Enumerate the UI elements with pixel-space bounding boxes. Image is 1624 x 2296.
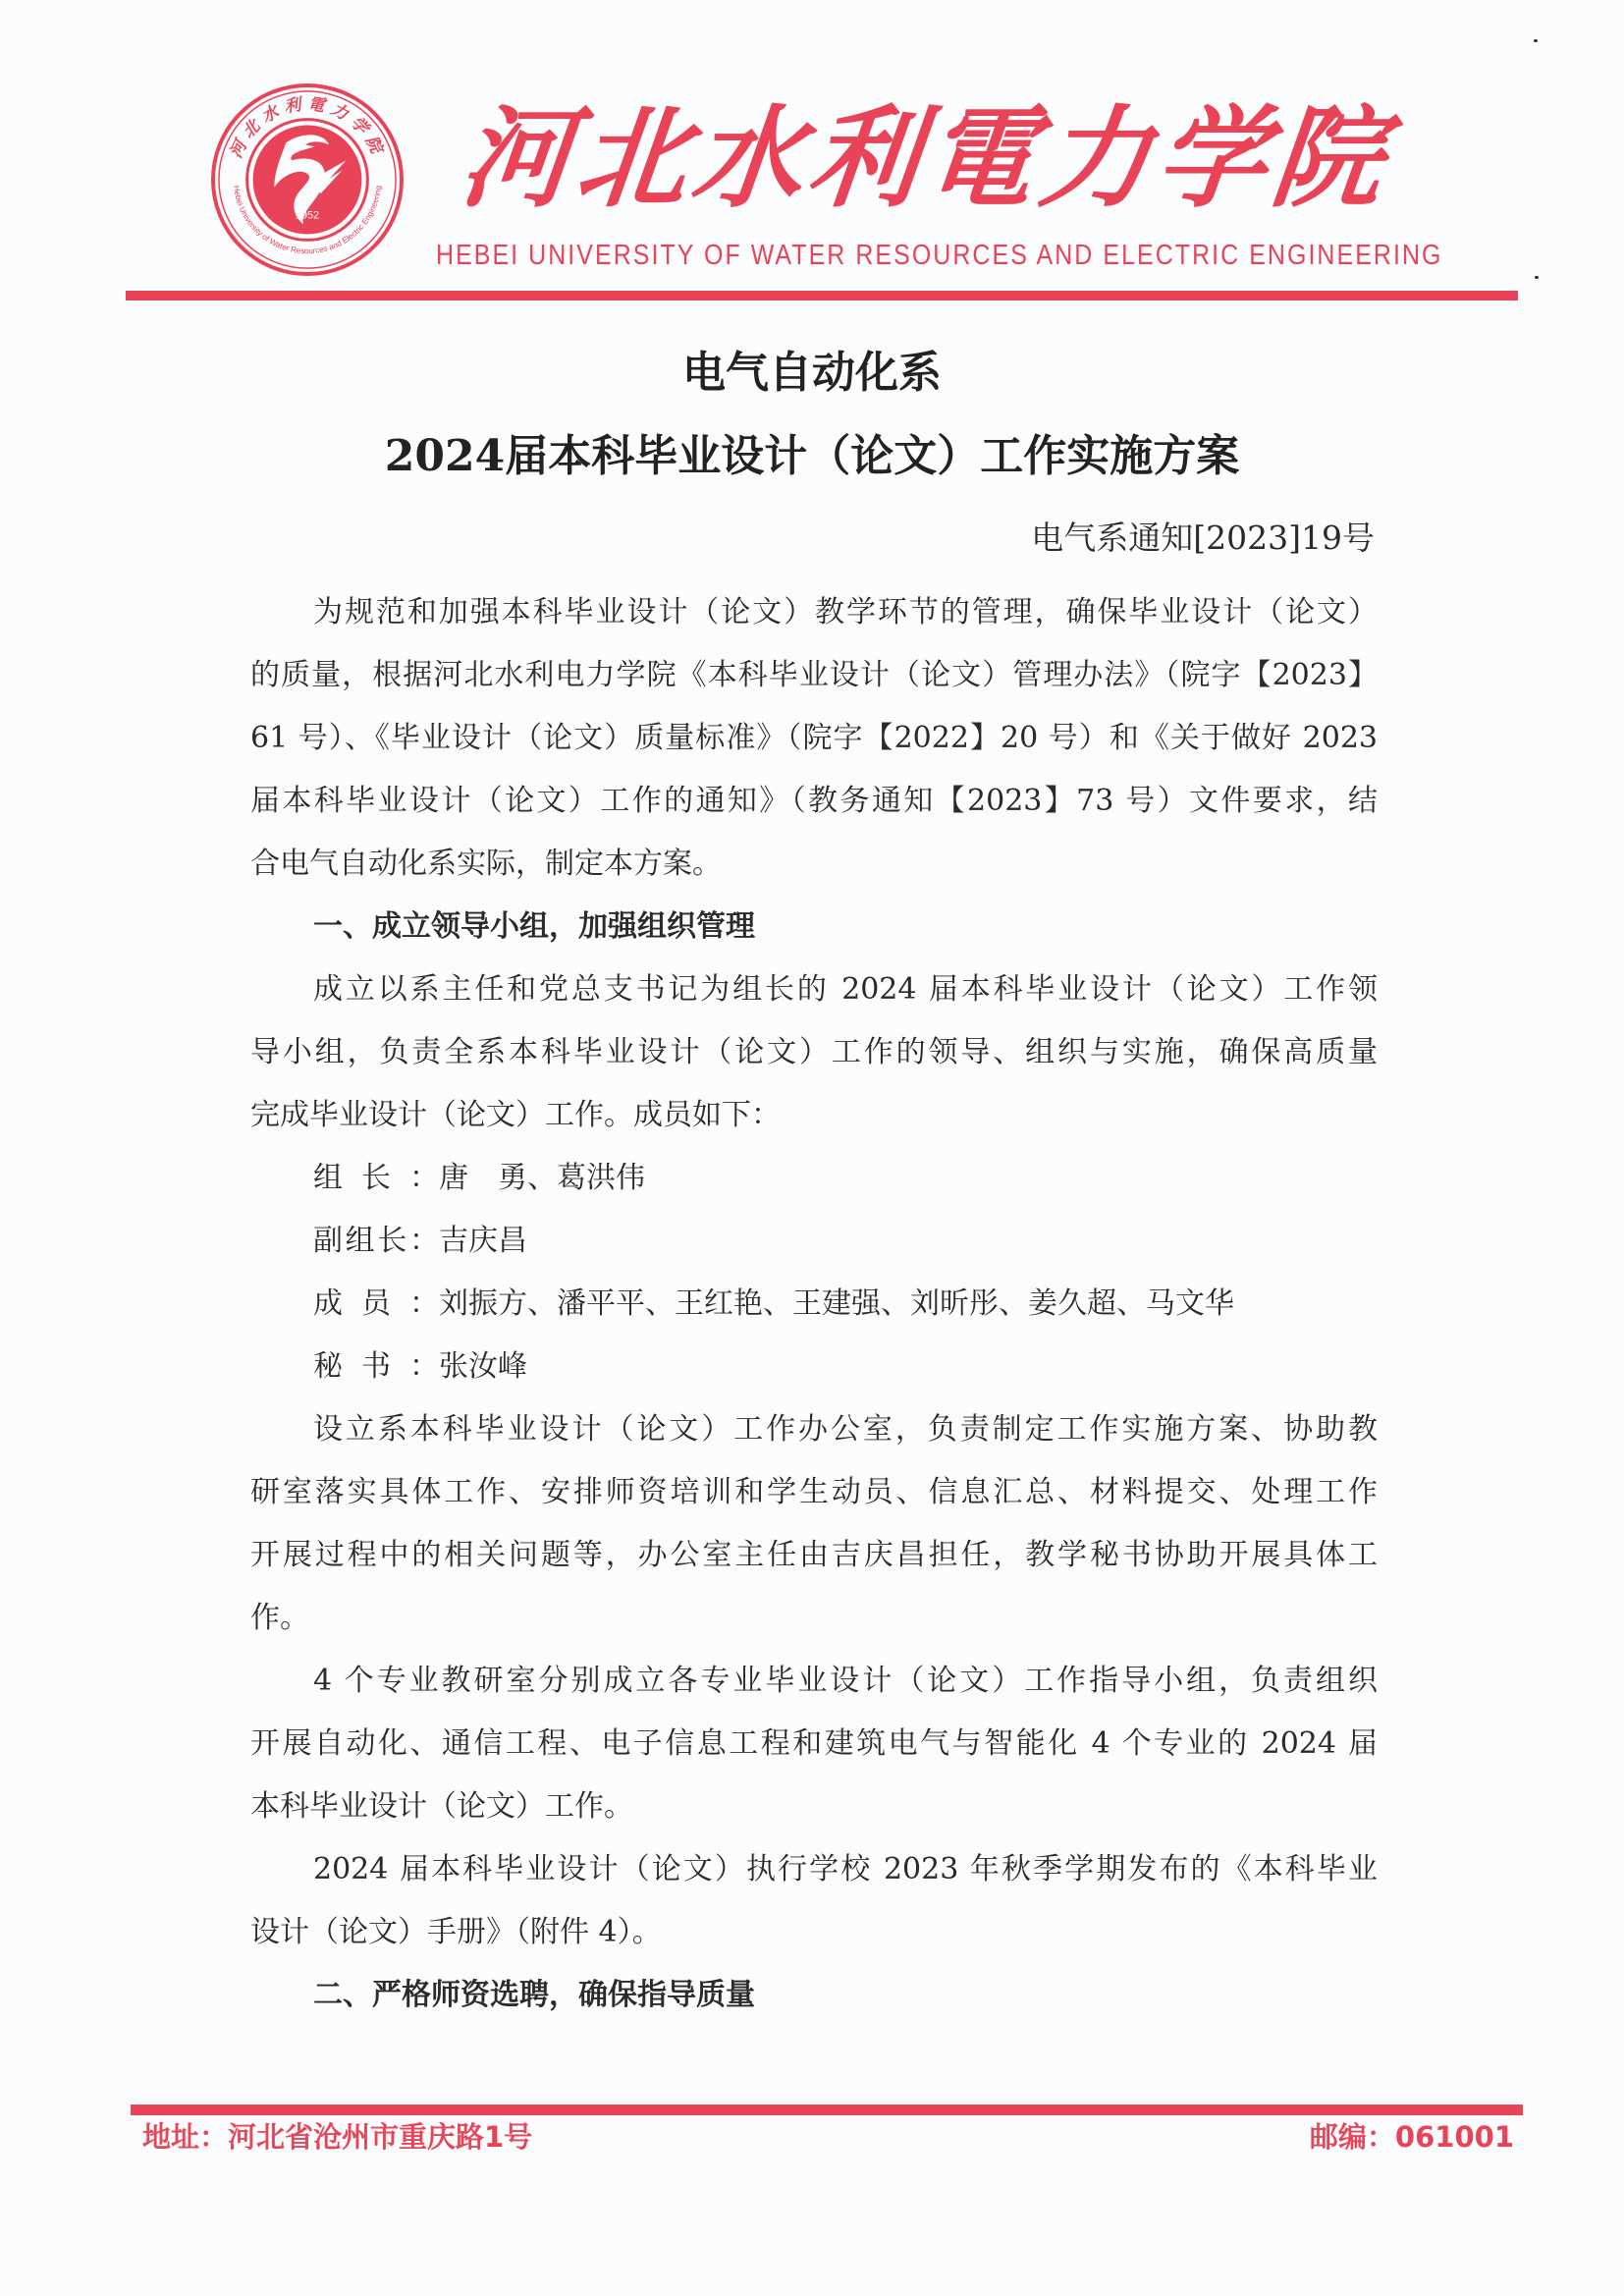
section-heading-2: 二、严格师资选聘，确保指导质量 xyxy=(313,1964,755,2027)
header-divider xyxy=(126,291,1518,301)
text-line: 开展过程中的相关问题等，办公室主任由吉庆昌担任，教学秘书协助开展具体工 xyxy=(250,1524,1378,1587)
footer-address: 地址：河北省沧州市重庆路1号 xyxy=(142,2115,532,2159)
roster-names: 刘振方、潘平平、王红艳、王建强、刘昕彤、姜久超、马文华 xyxy=(439,1286,1234,1321)
scan-speck xyxy=(1534,39,1538,42)
roster-names: 张汝峰 xyxy=(439,1349,527,1384)
text-line: 成立以系主任和党总支书记为组长的 2024 届本科毕业设计（论文）工作领 xyxy=(313,958,1378,1021)
text-line: 设计（论文）手册》（附件 4）。 xyxy=(250,1901,1378,1964)
text-line: 开展自动化、通信工程、电子信息工程和建筑电气与智能化 4 个专业的 2024 届 xyxy=(250,1713,1378,1776)
roster-names: 吉庆昌 xyxy=(439,1224,527,1258)
text-line: 61 号）、《毕业设计（论文）质量标准》（院字【2022】20 号）和《关于做好… xyxy=(250,707,1378,770)
text-line: 2024 届本科毕业设计（论文）执行学校 2023 年秋季学期发布的《本科毕业 xyxy=(313,1838,1378,1901)
school-name-english: HEBEI UNIVERSITY OF WATER RESOURCES AND … xyxy=(436,238,1290,273)
university-seal-logo: 1952 河北水利電力学院 Hebei University of Water … xyxy=(210,82,405,277)
text-line: 为规范和加强本科毕业设计（论文）教学环节的管理，确保毕业设计（论文） xyxy=(313,581,1378,644)
roster-label: 副组长： xyxy=(313,1210,439,1273)
roster-row-leader: 组长：唐 勇、葛洪伟 xyxy=(313,1147,645,1210)
roster-label: 成员： xyxy=(313,1273,439,1336)
roster-row-deputy: 副组长：吉庆昌 xyxy=(313,1210,527,1273)
roster-row-members: 成员：刘振方、潘平平、王红艳、王建强、刘昕彤、姜久超、马文华 xyxy=(313,1273,1234,1336)
roster-label: 秘书： xyxy=(313,1336,439,1398)
text-line: 作。 xyxy=(250,1587,1378,1650)
text-line: 本科毕业设计（论文）工作。 xyxy=(250,1776,1378,1838)
roster-names: 唐 勇、葛洪伟 xyxy=(439,1161,645,1195)
footer-postcode: 邮编：061001 xyxy=(1310,2115,1514,2159)
roster-row-secretary: 秘书：张汝峰 xyxy=(313,1336,527,1398)
text-line: 完成毕业设计（论文）工作。成员如下： xyxy=(250,1084,1378,1147)
text-line: 4 个专业教研室分别成立各专业毕业设计（论文）工作指导小组，负责组织 xyxy=(313,1650,1378,1713)
text-line: 研室落实具体工作、安排师资培训和学生动员、信息汇总、材料提交、处理工作 xyxy=(250,1461,1378,1524)
scan-speck xyxy=(1535,276,1539,279)
document-number: 电气系通知[2023]19号 xyxy=(1031,511,1375,566)
text-line: 导小组，负责全系本科毕业设计（论文）工作的领导、组织与实施，确保高质量 xyxy=(250,1021,1378,1084)
text-line: 合电气自动化系实际，制定本方案。 xyxy=(250,833,1378,896)
section-heading-1: 一、成立领导小组，加强组织管理 xyxy=(313,896,755,958)
department-title: 电气自动化系 xyxy=(0,342,1624,405)
text-line: 设立系本科毕业设计（论文）工作办公室，负责制定工作实施方案、协助教 xyxy=(313,1398,1378,1461)
text-line: 届本科毕业设计（论文）工作的通知》（教务通知【2023】73 号）文件要求，结 xyxy=(250,770,1378,833)
footer-divider xyxy=(131,2105,1523,2115)
text-line: 的质量，根据河北水利电力学院《本科毕业设计（论文）管理办法》（院字【2023】 xyxy=(250,644,1378,707)
roster-label: 组长： xyxy=(313,1147,439,1210)
document-title: 2024届本科毕业设计（论文）工作实施方案 xyxy=(0,425,1624,488)
school-name-chinese: 河北水利電力学院 xyxy=(455,90,1373,228)
svg-text:1952: 1952 xyxy=(296,210,319,222)
